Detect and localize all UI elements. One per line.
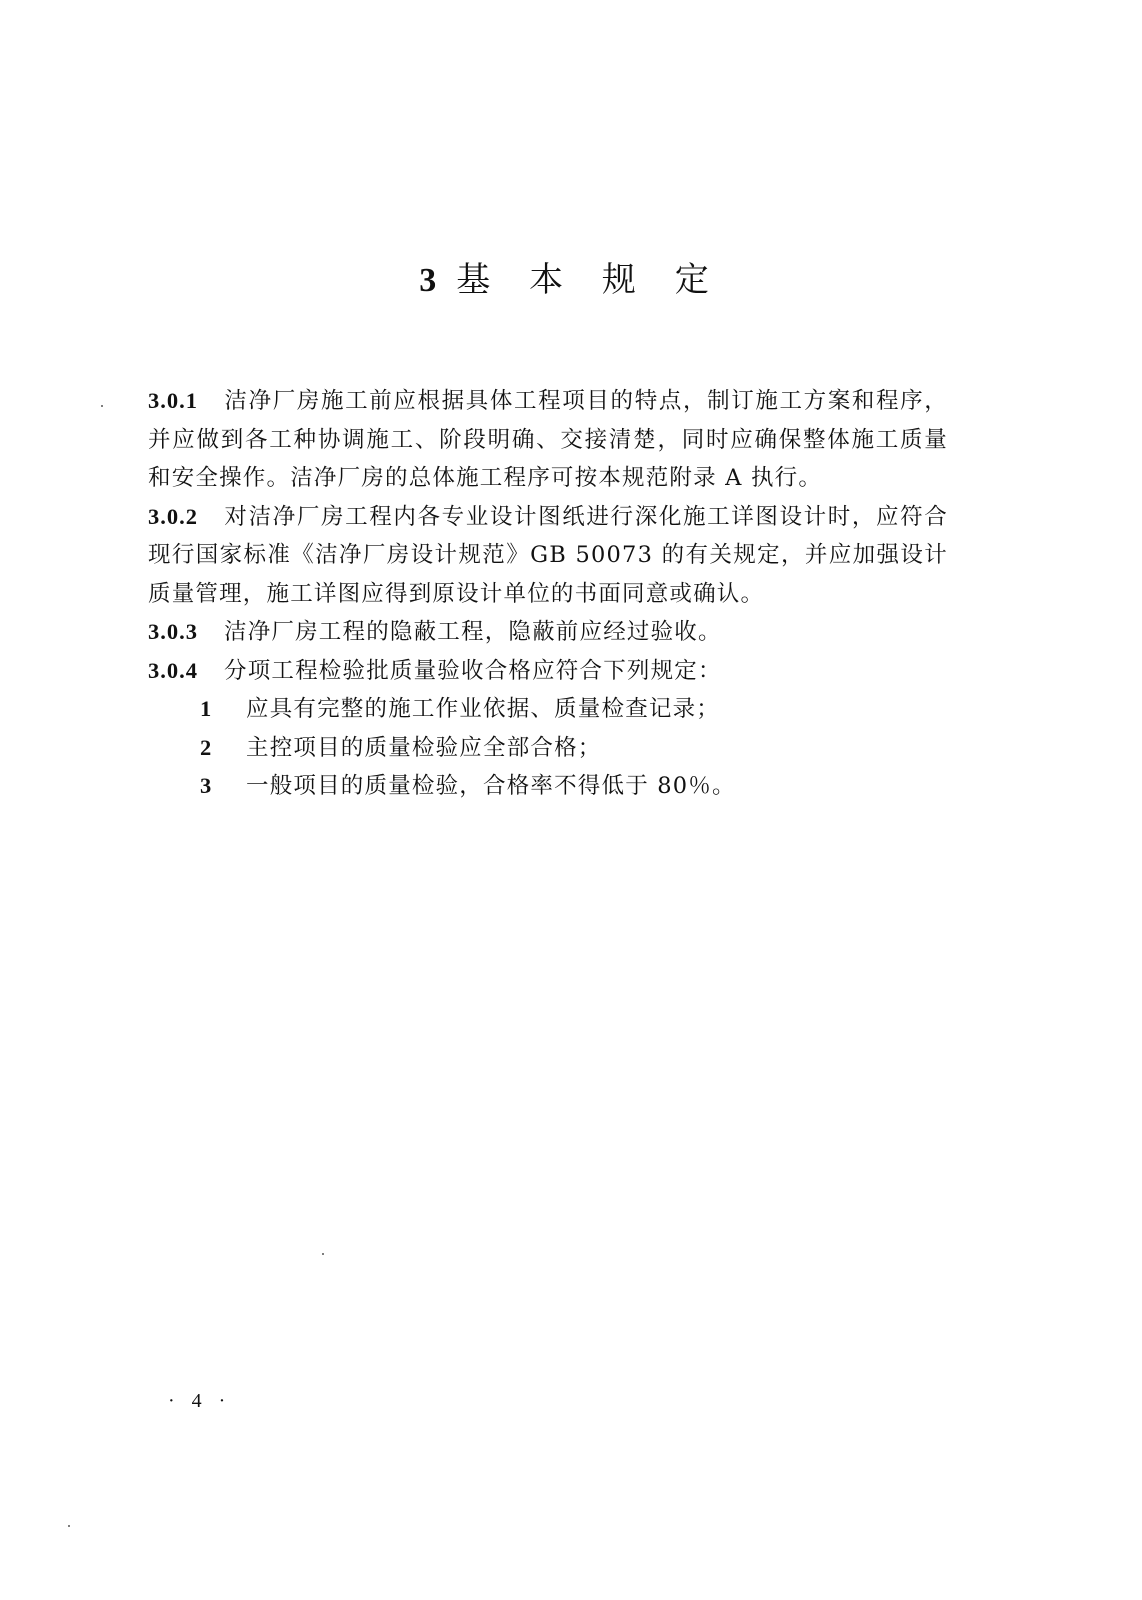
clause-text: 洁净厂房施工前应根据具体工程项目的特点，制订施工方案和程序，并应做到各工种协调施… [148,388,948,491]
scan-speck [101,405,103,407]
list-item: 1应具有完整的施工作业依据、质量检查记录； [148,690,948,729]
clause-text: 分项工程检验批质量验收合格应符合下列规定： [224,658,722,684]
item-number: 2 [200,729,246,768]
scan-speck [322,1253,324,1255]
item-number: 1 [200,690,246,729]
clause-3-0-3: 3.0.3洁净厂房工程的隐蔽工程，隐蔽前应经过验收。 [148,613,948,652]
item-text: 一般项目的质量检验，合格率不得低于 80％。 [246,773,736,799]
clause-number: 3.0.3 [148,619,198,644]
page-number: · 4 · [168,1390,231,1413]
chapter-title: 3基 本 规 定 [0,252,1142,301]
clause-number: 3.0.2 [148,504,198,529]
document-body: 3.0.1洁净厂房施工前应根据具体工程项目的特点，制订施工方案和程序，并应做到各… [148,382,948,806]
clause-text: 洁净厂房工程的隐蔽工程，隐蔽前应经过验收。 [224,619,722,645]
clause-number: 3.0.1 [148,388,198,413]
item-text: 应具有完整的施工作业依据、质量检查记录； [246,696,720,722]
chapter-number: 3 [419,262,436,299]
clause-3-0-2: 3.0.2对洁净厂房工程内各专业设计图纸进行深化施工详图设计时，应符合现行国家标… [148,498,948,614]
clause-3-0-4: 3.0.4分项工程检验批质量验收合格应符合下列规定： [148,652,948,691]
clause-3-0-1: 3.0.1洁净厂房施工前应根据具体工程项目的特点，制订施工方案和程序，并应做到各… [148,382,948,498]
clause-number: 3.0.4 [148,658,198,683]
chapter-title-text: 基 本 规 定 [456,260,722,300]
clause-text: 对洁净厂房工程内各专业设计图纸进行深化施工详图设计时，应符合现行国家标准《洁净厂… [148,504,948,607]
item-number: 3 [200,767,246,806]
list-item: 3一般项目的质量检验，合格率不得低于 80％。 [148,767,948,806]
scan-speck [68,1525,70,1527]
list-item: 2主控项目的质量检验应全部合格； [148,729,948,768]
item-text: 主控项目的质量检验应全部合格； [246,735,602,761]
